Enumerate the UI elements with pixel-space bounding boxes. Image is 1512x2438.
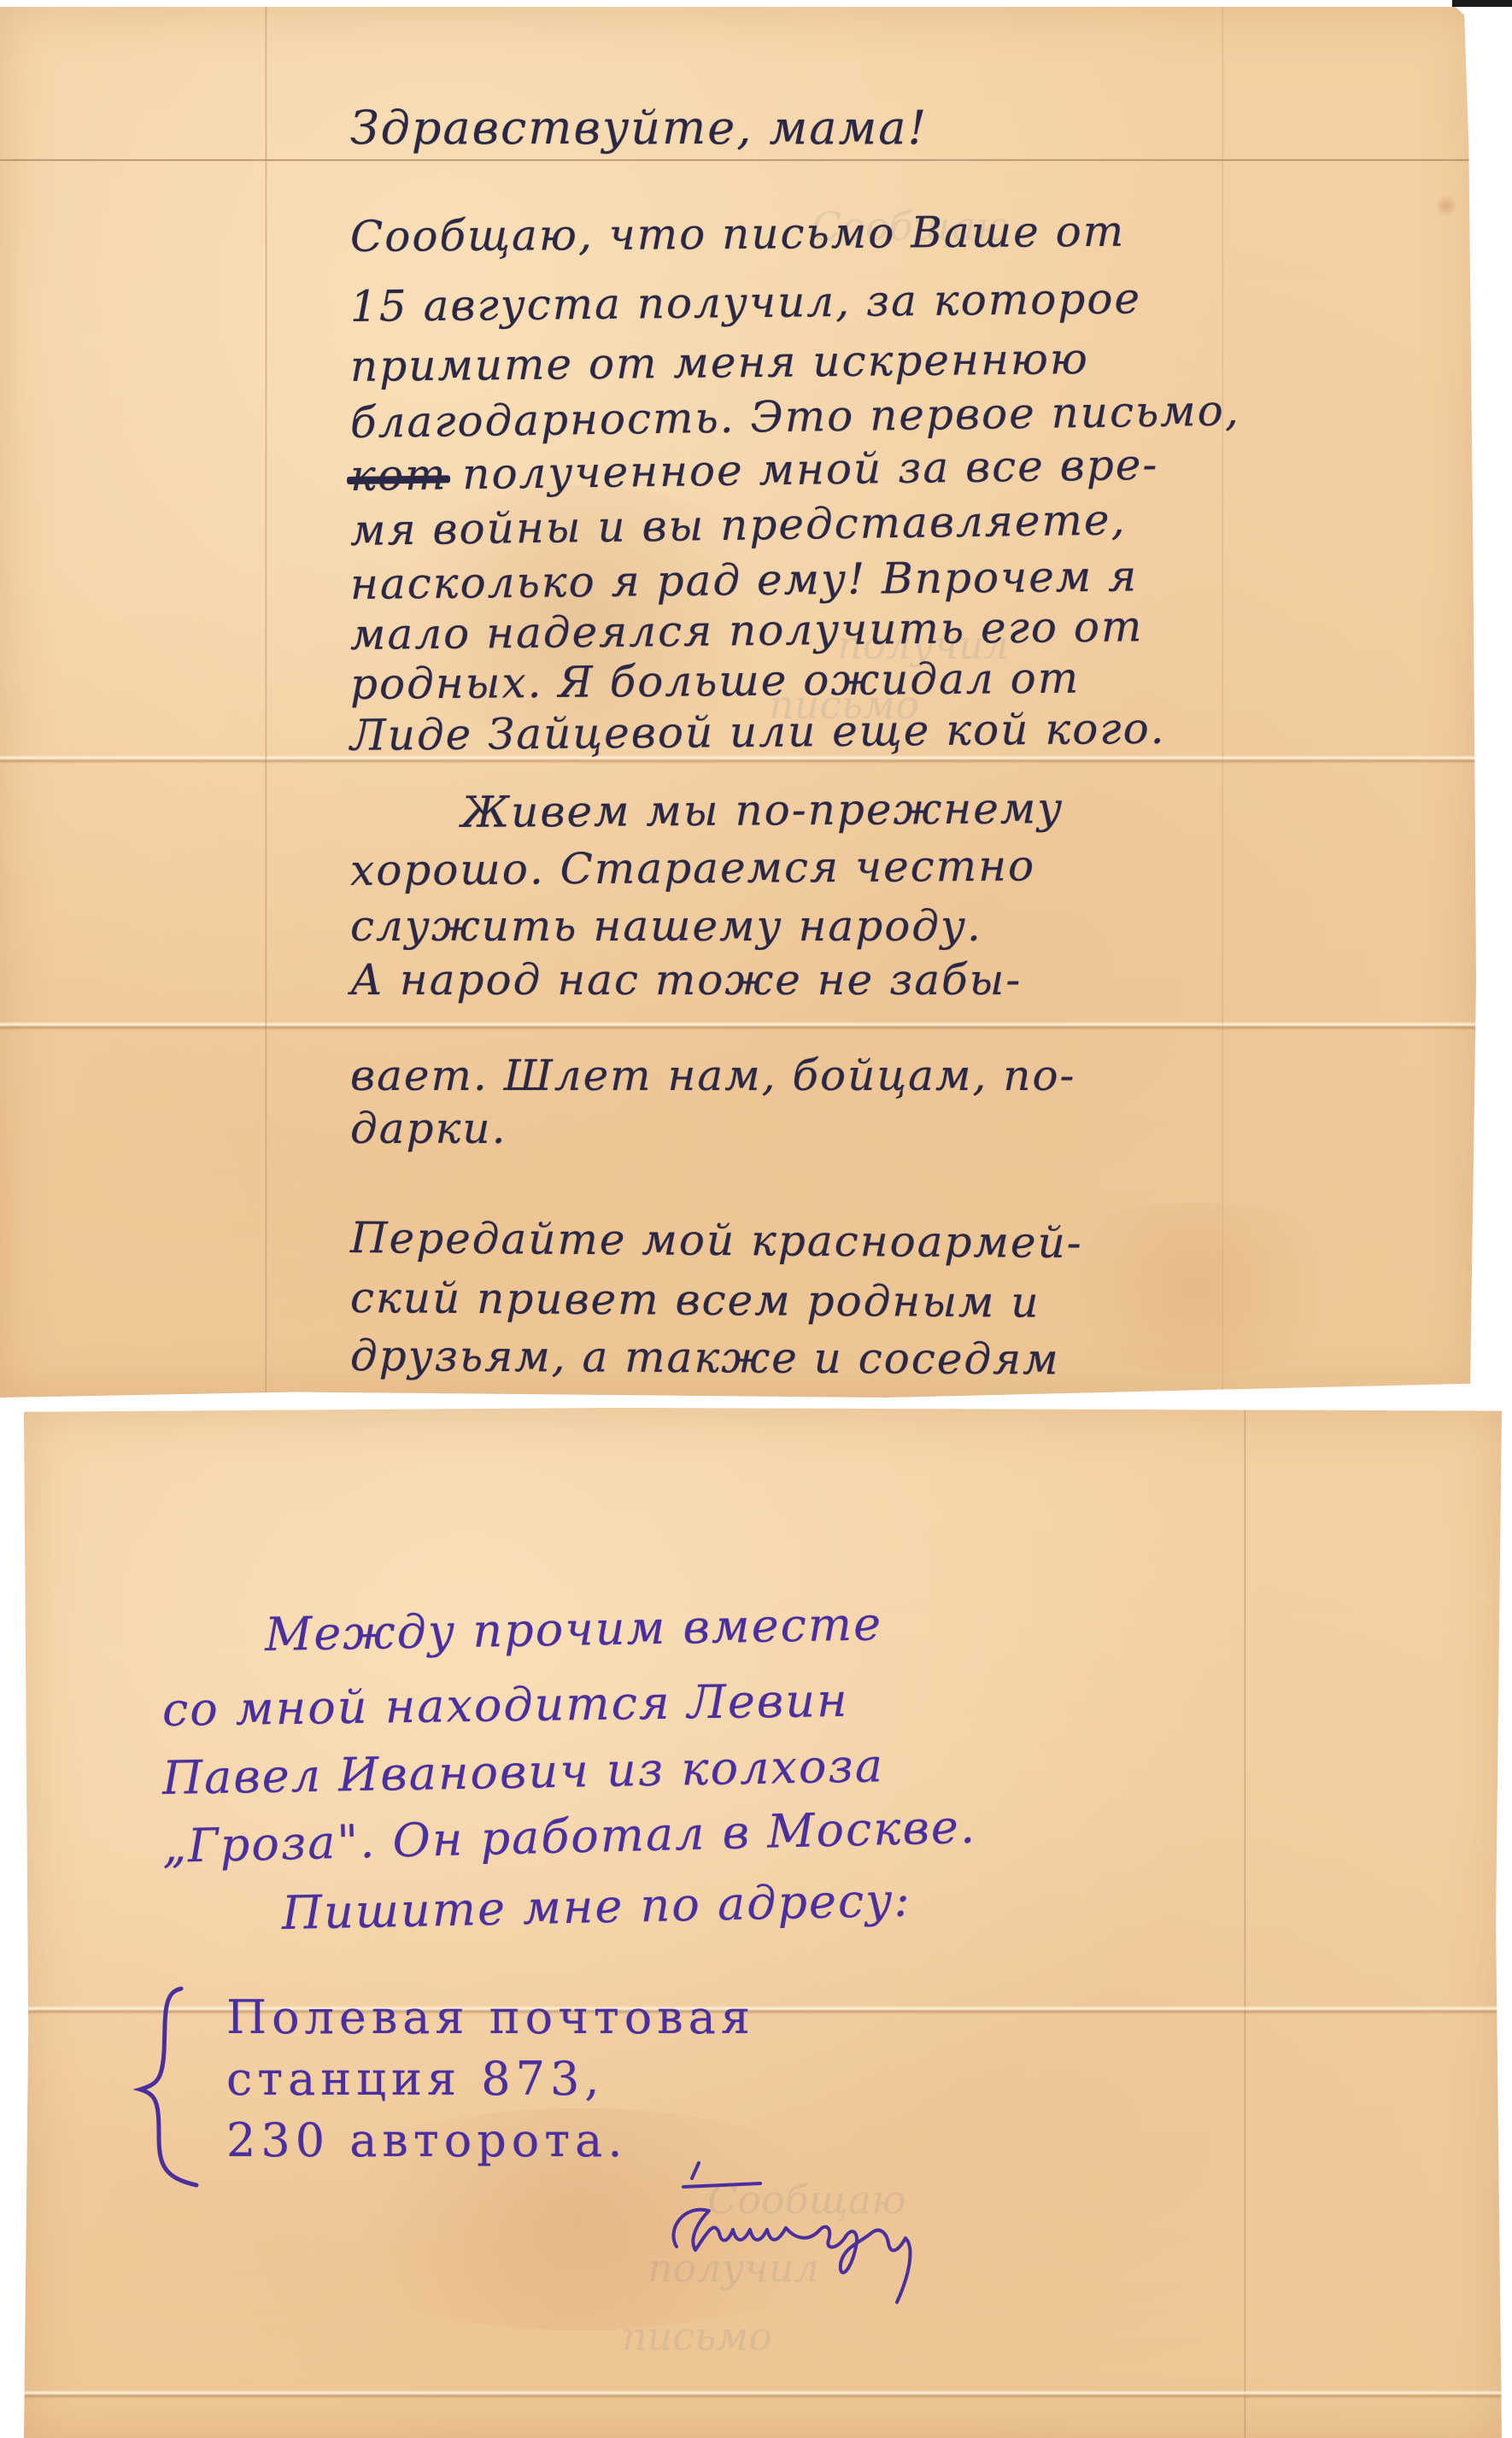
- letter-line: насколько я рад ему! Впрочем я: [350, 551, 1139, 609]
- letter-line: мало надеялся получить его от: [350, 601, 1144, 659]
- fold-line-vertical: [265, 7, 267, 1398]
- letter-line: дарки.: [350, 1104, 507, 1153]
- letter-greeting: Здравствуйте, мама!: [350, 101, 928, 155]
- letter-line: друзьям, а также и соседям: [350, 1331, 1060, 1384]
- address-line: 230 авторота.: [226, 2113, 628, 2167]
- signature-scribble: [658, 2161, 965, 2306]
- address-line: Полевая почтовая: [226, 1990, 755, 2044]
- letter-line-rest: полученное мной за все вре-: [462, 440, 1159, 499]
- letter-line: вает. Шлет нам, бойцам, по-: [350, 1051, 1075, 1100]
- fold-line-vertical: [1222, 7, 1224, 1398]
- letter-line: родных. Я больше ожидал от: [350, 653, 1081, 709]
- fold-crease: [0, 1022, 1476, 1030]
- bleed-through-text: письмо: [622, 2313, 772, 2359]
- paper-stain: [1435, 195, 1457, 217]
- letter-line: ский привет всем родным и: [350, 1273, 1040, 1327]
- letter-line: Передайте мой красноармей-: [350, 1213, 1083, 1268]
- struck-word: кот: [350, 449, 448, 501]
- letter-line: Между прочим вместе: [264, 1597, 882, 1661]
- curly-brace-icon: [128, 1984, 205, 2189]
- scan-edge-shadow: [1452, 0, 1512, 7]
- letter-line: Живем мы по-прежнему: [461, 783, 1064, 837]
- letter-line: Сообщаю, что письмо Ваше от: [350, 207, 1126, 261]
- letter-line: со мной находится Левин: [162, 1673, 849, 1737]
- letter-line: служить нашему народу.: [350, 901, 982, 951]
- fold-line: [0, 159, 1476, 161]
- fold-line-vertical: [1244, 1408, 1246, 2438]
- letter-line: А народ нас тоже не забы-: [350, 955, 1022, 1005]
- address-line: станция 873,: [226, 2052, 605, 2106]
- letter-line: 15 августа получил, за которое: [350, 273, 1142, 331]
- letter-line: хорошо. Стараемся честно: [350, 841, 1036, 895]
- letter-line: примите от меня искреннюю: [350, 334, 1089, 391]
- letter-line: Лиде Зайцевой или еще кой кого.: [350, 704, 1166, 760]
- fold-crease: [24, 2390, 1502, 2399]
